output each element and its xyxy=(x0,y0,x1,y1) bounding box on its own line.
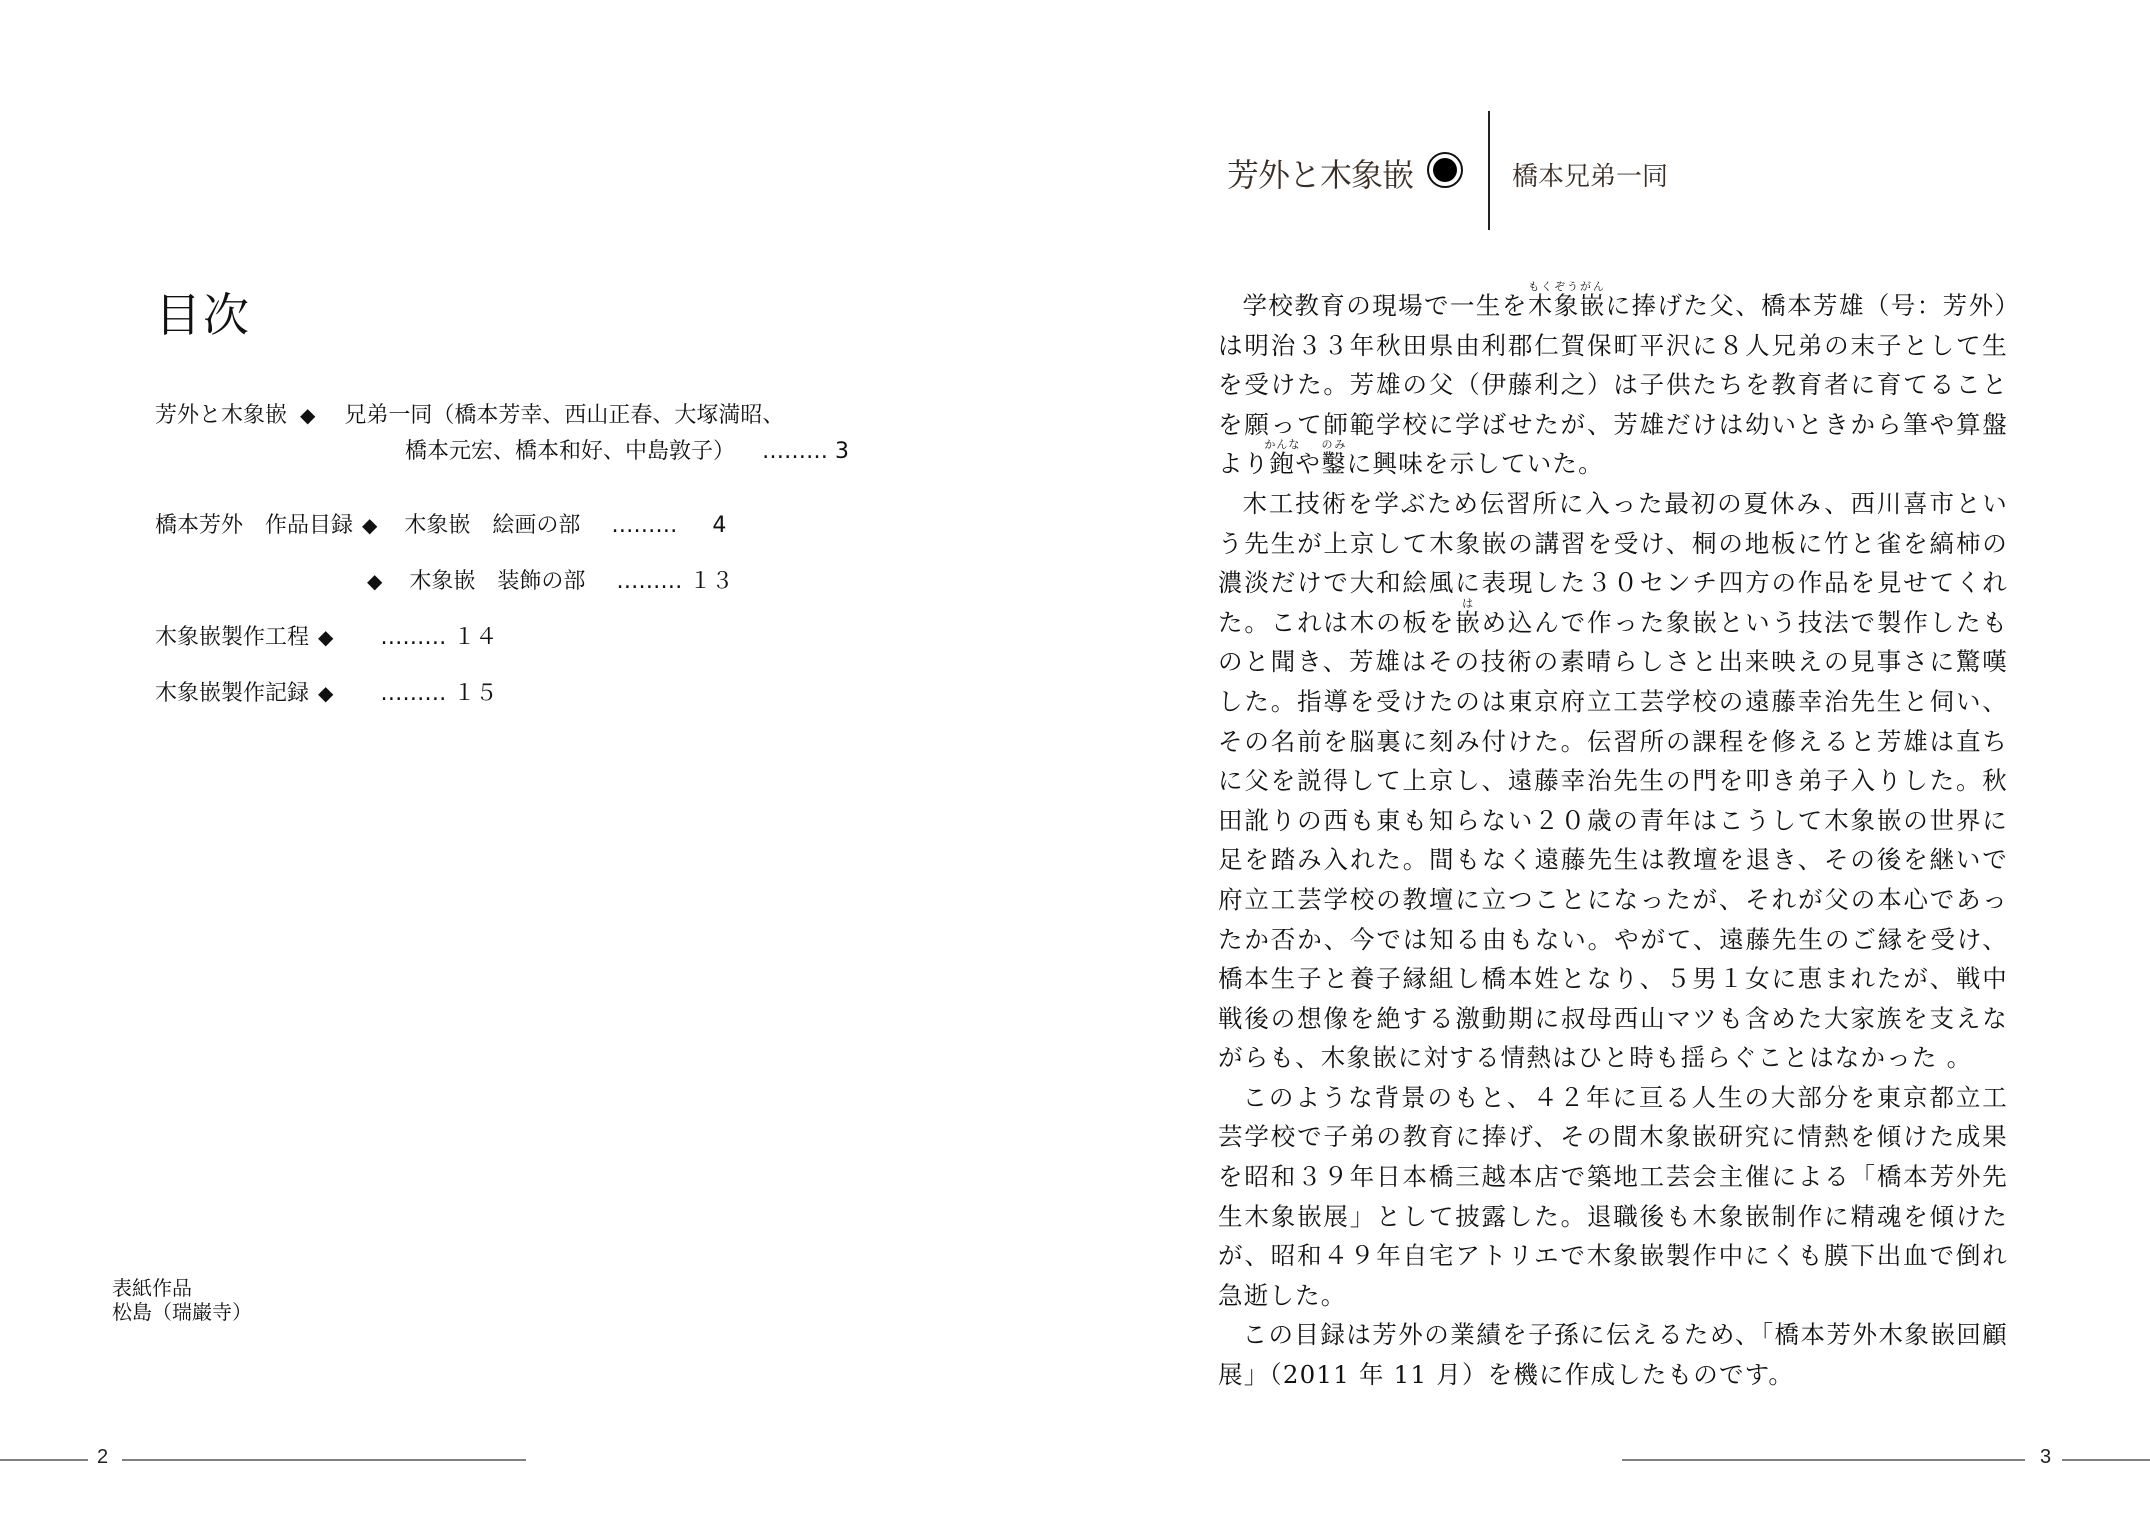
diamond-icon: ◆ xyxy=(367,569,382,593)
footer-rule xyxy=(122,1459,526,1461)
toc-entry-text: 兄弟一同（橋本芳幸、西山正春、大塚満昭、 xyxy=(344,398,784,429)
ruby-text: 嵌は xyxy=(1455,608,1481,637)
ruby-reading: かんな xyxy=(1264,438,1300,451)
ruby-text: 鑿のみ xyxy=(1321,449,1347,478)
toc-section: 芳外と木象嵌 xyxy=(155,398,287,429)
toc-page-number: 3 xyxy=(835,439,849,464)
toc-entry-text: 木象嵌 装飾の部 xyxy=(409,564,585,595)
ruby-base: 鑿 xyxy=(1321,449,1347,478)
essay-title: 芳外と木象嵌 xyxy=(1227,150,1413,196)
toc-section: 木象嵌製作記録 xyxy=(155,676,309,707)
footer-rule xyxy=(2062,1459,2150,1461)
toc-entry[interactable]: 橋本芳外 作品目録 ◆ 木象嵌 絵画の部 ……… 4 xyxy=(155,508,726,539)
bullseye-icon xyxy=(1427,152,1463,188)
footer-rule xyxy=(1622,1459,2025,1461)
toc-leader: ……… xyxy=(611,513,677,538)
toc-leader: ……… xyxy=(762,439,828,464)
ruby-reading: は xyxy=(1455,597,1481,610)
cover-note-label: 表紙作品 xyxy=(112,1276,252,1300)
right-page: 芳外と木象嵌 橋本兄弟一同 学校教育の現場で一生を木象嵌もくぞうがんに捧げた父、… xyxy=(1075,0,2150,1518)
essay-body: 学校教育の現場で一生を木象嵌もくぞうがんに捧げた父、橋本芳雄（号：芳外）は明治３… xyxy=(1218,280,2008,1395)
text-run: 学校教育の現場で一生を xyxy=(1243,291,1528,320)
text-run: に興味を示していた。 xyxy=(1347,449,1604,478)
toc-entry[interactable]: 芳外と木象嵌 ◆ 兄弟一同（橋本芳幸、西山正春、大塚満昭、 xyxy=(155,398,784,429)
page-number: 2 xyxy=(97,1446,108,1469)
toc-title: 目次 xyxy=(155,279,251,345)
toc-entry-text: 橋本元宏、橋本和好、中島敦子） xyxy=(405,434,735,465)
toc-section: 橋本芳外 作品目録 xyxy=(155,508,353,539)
ruby-text: 木象嵌もくぞうがん xyxy=(1528,291,1606,320)
ruby-reading: のみ xyxy=(1321,438,1347,451)
toc-leader: ……… xyxy=(380,681,446,706)
page-number: 3 xyxy=(2040,1446,2051,1469)
diamond-icon: ◆ xyxy=(362,513,377,537)
toc-page-number: １４ xyxy=(453,620,497,651)
ruby-reading: もくぞうがん xyxy=(1528,280,1606,293)
toc-entry-continuation[interactable]: 橋本元宏、橋本和好、中島敦子） ……… 3 xyxy=(405,434,849,465)
paragraph: このような背景のもと、４２年に亘る人生の大部分を東京都立工芸学校で子弟の教育に捧… xyxy=(1218,1078,2008,1316)
paragraph: 学校教育の現場で一生を木象嵌もくぞうがんに捧げた父、橋本芳雄（号：芳外）は明治３… xyxy=(1218,280,2008,484)
cover-artwork-note: 表紙作品 松島（瑞巌寺） xyxy=(112,1276,252,1324)
text-run: め込んで作った象嵌という技法で製作したものと聞き、芳雄はその技術の素晴らしさと出… xyxy=(1218,608,2008,1073)
header-divider xyxy=(1488,111,1490,230)
footer-rule xyxy=(0,1459,88,1461)
toc-page-number: １３ xyxy=(689,564,733,595)
cover-note-title: 松島（瑞巌寺） xyxy=(112,1300,252,1324)
toc-leader: ……… xyxy=(616,569,682,594)
toc-page-number: 4 xyxy=(712,513,726,538)
ruby-text: 鉋かんな xyxy=(1269,449,1295,478)
toc-page-number: １５ xyxy=(453,676,497,707)
toc-entry[interactable]: ◆ 木象嵌 装飾の部 ……… １３ xyxy=(367,564,733,595)
essay-author: 橋本兄弟一同 xyxy=(1512,156,1668,193)
diamond-icon: ◆ xyxy=(318,625,333,649)
toc-section: 木象嵌製作工程 xyxy=(155,620,309,651)
toc-entry[interactable]: 木象嵌製作記録 ◆ ……… １５ xyxy=(155,676,497,707)
left-page: 目次 芳外と木象嵌 ◆ 兄弟一同（橋本芳幸、西山正春、大塚満昭、 橋本元宏、橋本… xyxy=(0,0,1075,1518)
text-run: や xyxy=(1295,449,1321,478)
paragraph: 木工技術を学ぶため伝習所に入った最初の夏休み、西川喜市という先生が上京して木象嵌… xyxy=(1218,484,2008,1078)
toc-entry[interactable]: 木象嵌製作工程 ◆ ……… １４ xyxy=(155,620,497,651)
toc-leader: ……… xyxy=(380,625,446,650)
toc-entry-text: 木象嵌 絵画の部 xyxy=(404,508,580,539)
ruby-base: 木象嵌 xyxy=(1528,291,1606,320)
paragraph: この目録は芳外の業績を子孫に伝えるため、「橋本芳外木象嵌回顧展」（2011 年 … xyxy=(1218,1315,2008,1394)
ruby-base: 嵌 xyxy=(1455,608,1481,637)
diamond-icon: ◆ xyxy=(300,403,315,427)
diamond-icon: ◆ xyxy=(318,681,333,705)
